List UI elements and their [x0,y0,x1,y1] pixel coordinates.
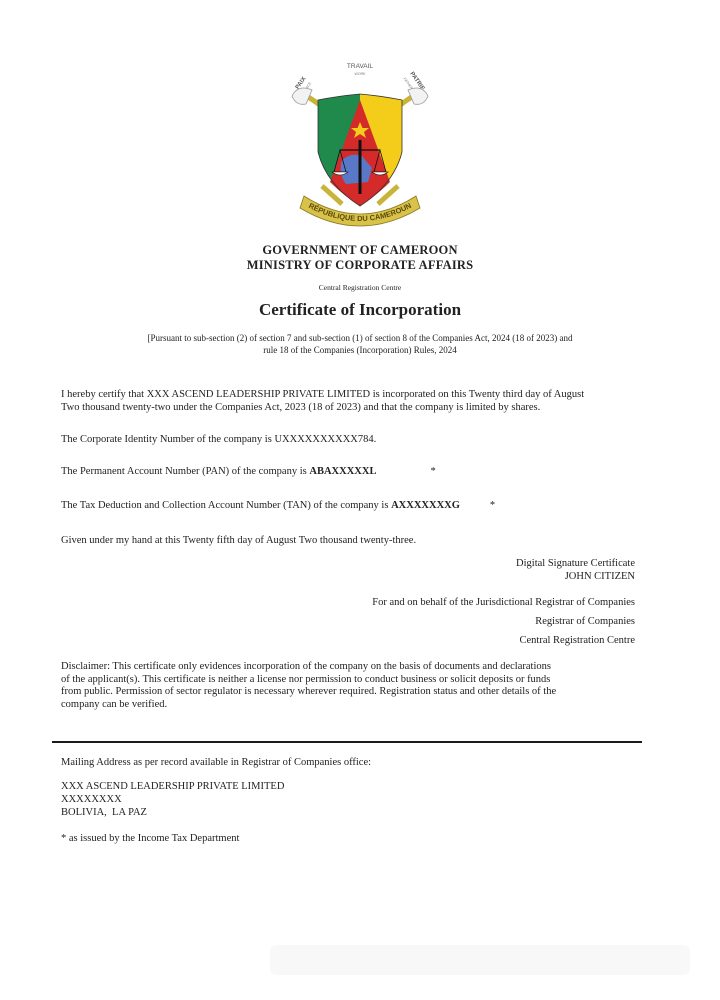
disclaimer: Disclaimer: This certificate only eviden… [61,661,556,711]
on-behalf-line: For and on behalf of the Jurisdictional … [372,596,635,609]
government-line: GOVERNMENT OF CAMEROON [0,243,720,258]
mailing-address-label: Mailing Address as per record available … [61,756,371,769]
cin-label: The Corporate Identity Number of the com… [61,434,274,445]
mailing-line-3: BOLIVIA, LA PAZ [61,806,284,819]
pursuant-clause: [Pursuant to sub-section (2) of section … [0,332,720,356]
cin-value: UXXXXXXXXXX784. [274,434,376,445]
tan-value: AXXXXXXXG [391,500,460,511]
footnote: * as issued by the Income Tax Department [61,832,239,845]
tan-statement: The Tax Deduction and Collection Account… [61,499,495,512]
certificate-title: Certificate of Incorporation [0,300,720,320]
mailing-company: XXX ASCEND LEADERSHIP PRIVATE LIMITED [61,780,284,793]
cin-statement: The Corporate Identity Number of the com… [61,433,376,446]
tan-asterisk: * [490,499,495,512]
given-under-hand: Given under my hand at this Twenty fifth… [61,534,416,547]
mailing-address: XXX ASCEND LEADERSHIP PRIVATE LIMITED XX… [61,780,284,819]
registration-centre-label: Central Registration Centre [0,283,720,292]
motto-top: TRAVAIL [347,63,374,70]
faded-watermark [270,935,690,985]
disclaimer-line-1: Disclaimer: This certificate only eviden… [61,661,556,674]
ministry-line: MINISTRY OF CORPORATE AFFAIRS [0,258,720,273]
pan-label: The Permanent Account Number (PAN) of th… [61,466,309,477]
certify-line-2: Two thousand twenty-two under the Compan… [61,401,584,414]
pan-statement: The Permanent Account Number (PAN) of th… [61,465,436,478]
pan-asterisk: * [430,465,435,478]
certify-paragraph: I hereby certify that XXX ASCEND LEADERS… [61,388,584,414]
motto-top-sub: WORK [355,72,367,76]
pan-value: ABAXXXXXL [309,466,376,477]
dsc-label: Digital Signature Certificate [516,557,635,570]
certify-line-1: I hereby certify that XXX ASCEND LEADERS… [61,388,584,401]
tan-label: The Tax Deduction and Collection Account… [61,500,391,511]
digital-signature-block: Digital Signature Certificate JOHN CITIZ… [516,557,635,583]
registrar-title: Registrar of Companies [535,615,635,628]
signatory-name: JOHN CITIZEN [516,570,635,583]
coat-of-arms-emblem: TRAVAIL WORK PAIX PEACE PATRIE FATHERLAN… [282,56,438,228]
section-divider [52,741,642,743]
disclaimer-line-2: of the applicant(s). This certificate is… [61,674,556,687]
registrar-centre: Central Registration Centre [520,634,635,647]
mailing-line-2: XXXXXXXX [61,793,284,806]
disclaimer-line-4: company can be verified. [61,699,556,712]
pursuant-line-1: [Pursuant to sub-section (2) of section … [0,332,720,344]
pursuant-line-2: rule 18 of the Companies (Incorporation)… [0,344,720,356]
disclaimer-line-3: from public. Permission of sector regula… [61,686,556,699]
government-heading: GOVERNMENT OF CAMEROON MINISTRY OF CORPO… [0,243,720,273]
